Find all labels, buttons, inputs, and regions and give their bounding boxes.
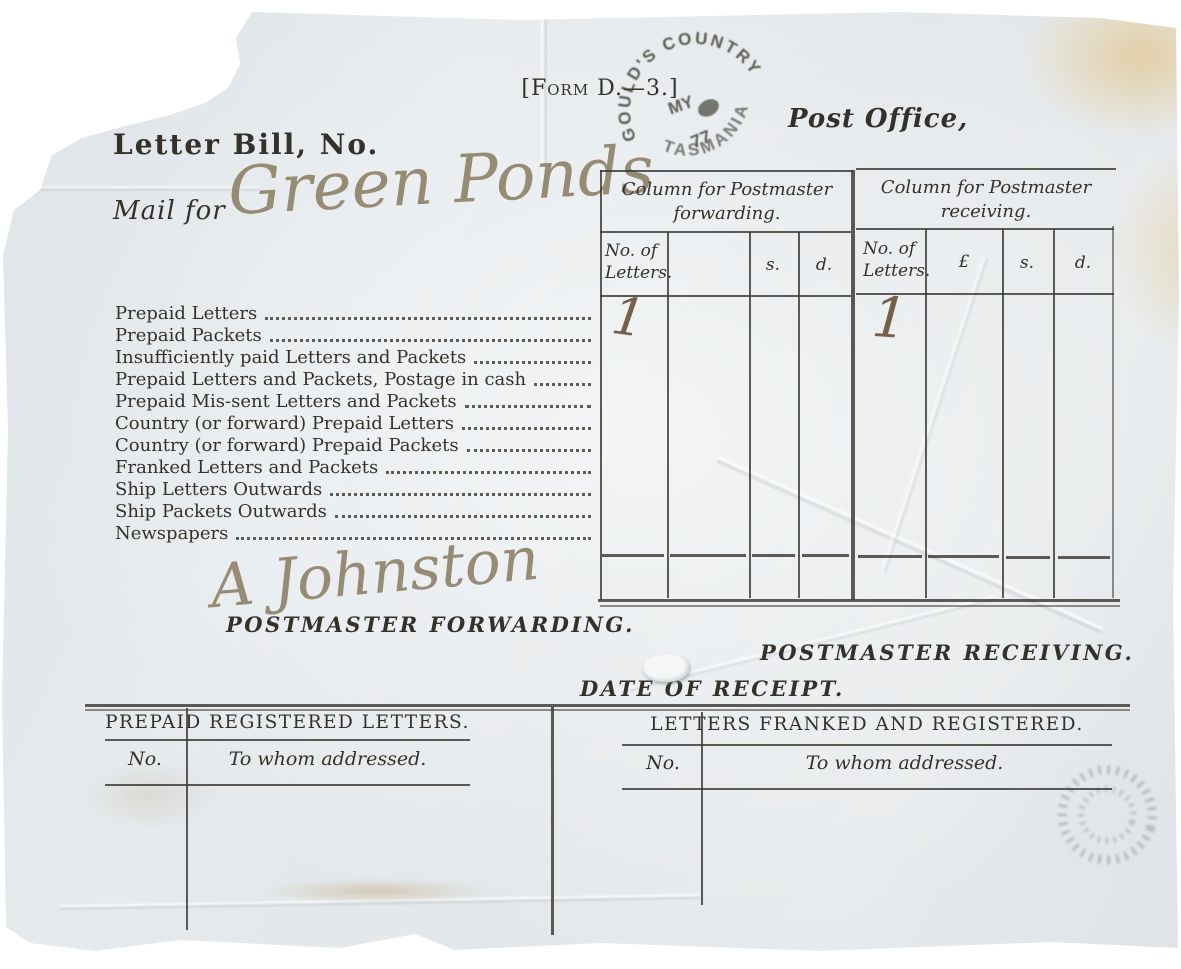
- line-item-label: Newspapers: [115, 524, 228, 544]
- left-table-header-underline: [105, 784, 470, 786]
- scanned-letter-bill: [Form D.—3.] Post Office, Letter Bill, N…: [0, 0, 1181, 969]
- left-table-title-underline: [105, 739, 470, 741]
- bottom-center-divider: [551, 707, 554, 935]
- dotted-leader: [465, 405, 591, 408]
- right-table-header-underline: [622, 788, 1112, 790]
- forwarding-col-pence: d.: [810, 255, 838, 275]
- totals-rule-segment: [602, 554, 664, 557]
- stain-top-right: [1020, 0, 1181, 140]
- dotted-leader: [386, 471, 591, 474]
- receiving-col-shillings: s.: [1013, 253, 1041, 273]
- date-of-receipt-caption: DATE OF RECEIPT.: [580, 676, 845, 701]
- group-header-underline-forwarding: [600, 231, 851, 233]
- table-top-rule-forwarding: [600, 170, 853, 172]
- line-item: Prepaid Mis-sent Letters and Packets: [115, 390, 593, 412]
- right-table-no-divider: [701, 712, 703, 905]
- dotted-leader: [265, 317, 591, 320]
- crease-line: [716, 455, 1104, 635]
- post-office-label: Post Office,: [788, 104, 968, 134]
- crease-line: [0, 185, 260, 192]
- column-divider: [667, 232, 669, 598]
- totals-rule-segment: [670, 554, 746, 557]
- paper-sheet: [Form D.—3.] Post Office, Letter Bill, N…: [0, 0, 1181, 969]
- column-divider: [1053, 229, 1055, 598]
- line-item: Country (or forward) Prepaid Packets: [115, 434, 593, 456]
- line-item-label: Country (or forward) Prepaid Packets: [115, 436, 459, 456]
- bottom-section-top-rule: [85, 704, 1130, 707]
- table-top-rule-receiving: [856, 168, 1116, 170]
- line-item-label: Franked Letters and Packets: [115, 458, 378, 478]
- forwarding-col-shillings: s.: [759, 255, 787, 275]
- line-item-label: Prepaid Letters and Packets, Postage in …: [115, 370, 526, 390]
- receiving-col-pounds: £: [948, 252, 980, 272]
- line-item: Ship Packets Outwards: [115, 500, 593, 522]
- receiving-letters-count-handwritten: 1: [870, 285, 910, 352]
- forwarding-group-title: Column for Postmaster forwarding.: [610, 178, 844, 226]
- totals-rule-segment: [802, 554, 849, 557]
- postmark-ink-blob: [695, 96, 722, 120]
- table-bottom-rule: [598, 599, 1120, 602]
- line-item-label: Prepaid Letters: [115, 304, 257, 324]
- prepaid-registered-title: PREPAID REGISTERED LETTERS.: [105, 712, 470, 733]
- line-item: Prepaid Packets: [115, 324, 593, 346]
- stain-torn-edge: [70, 20, 130, 90]
- dotted-leader: [330, 493, 591, 496]
- line-item: Ship Letters Outwards: [115, 478, 593, 500]
- table-left-border: [600, 170, 602, 600]
- totals-rule-segment: [858, 555, 922, 558]
- dotted-leader: [462, 427, 591, 430]
- stain-streak: [260, 878, 490, 904]
- totals-rule-segment: [1058, 556, 1110, 559]
- paper-defect-hole: [643, 654, 689, 682]
- line-item: Insufficiently paid Letters and Packets: [115, 346, 593, 368]
- line-item: Prepaid Letters: [115, 302, 593, 324]
- dotted-leader: [534, 383, 591, 386]
- line-item: Franked Letters and Packets: [115, 456, 593, 478]
- receiving-group-title: Column for Postmaster receiving.: [862, 176, 1110, 224]
- group-header-underline-receiving: [856, 228, 1114, 230]
- stain-right-edge: [1110, 140, 1181, 360]
- column-divider: [925, 229, 927, 598]
- column-divider: [749, 232, 751, 598]
- table-right-border: [1112, 226, 1114, 598]
- franked-registered-title: LETTERS FRANKED AND REGISTERED.: [622, 714, 1112, 735]
- line-item-label: Prepaid Packets: [115, 326, 262, 346]
- line-item-label: Ship Letters Outwards: [115, 480, 322, 500]
- column-divider: [1002, 229, 1004, 598]
- line-item-label: Country (or forward) Prepaid Letters: [115, 414, 454, 434]
- forwarding-letters-count-handwritten: 1: [608, 286, 649, 350]
- table-bottom-rule-2: [600, 605, 1120, 607]
- totals-rule-segment: [752, 554, 795, 557]
- left-table-col-no: No.: [110, 748, 180, 770]
- line-item-label: Ship Packets Outwards: [115, 502, 327, 522]
- mail-category-list: Prepaid Letters Prepaid Packets Insuffic…: [115, 302, 593, 544]
- dotted-leader: [474, 361, 591, 364]
- receiving-col-pence: d.: [1069, 253, 1097, 273]
- right-table-col-no: No.: [628, 752, 698, 774]
- dotted-leader: [270, 339, 591, 342]
- left-table-no-divider: [186, 708, 188, 930]
- forwarding-col-no-of-letters: No. of Letters.: [605, 240, 663, 284]
- line-item: Country (or forward) Prepaid Letters: [115, 412, 593, 434]
- line-item: Prepaid Letters and Packets, Postage in …: [115, 368, 593, 390]
- dotted-leader: [335, 515, 591, 518]
- mail-for-label: Mail for: [113, 196, 226, 226]
- left-table-col-addressed: To whom addressed.: [190, 748, 465, 770]
- stain-smear: [80, 760, 220, 830]
- totals-rule-segment: [928, 555, 999, 558]
- dotted-leader: [467, 449, 591, 452]
- postmaster-receiving-caption: POSTMASTER RECEIVING.: [760, 640, 1134, 665]
- line-item-label: Prepaid Mis-sent Letters and Packets: [115, 392, 457, 412]
- right-table-col-addressed: To whom addressed.: [702, 752, 1107, 774]
- postmaster-forwarding-caption: POSTMASTER FORWARDING.: [226, 612, 635, 637]
- bottom-section-top-rule-2: [85, 709, 1130, 711]
- postmark-month: MY: [665, 92, 696, 119]
- totals-rule-segment: [1006, 556, 1050, 559]
- line-item-label: Insufficiently paid Letters and Packets: [115, 348, 466, 368]
- column-divider: [798, 232, 800, 598]
- table-center-divider: [851, 170, 855, 600]
- right-table-title-underline: [622, 744, 1112, 746]
- receiving-col-no-of-letters: No. of Letters.: [863, 238, 921, 282]
